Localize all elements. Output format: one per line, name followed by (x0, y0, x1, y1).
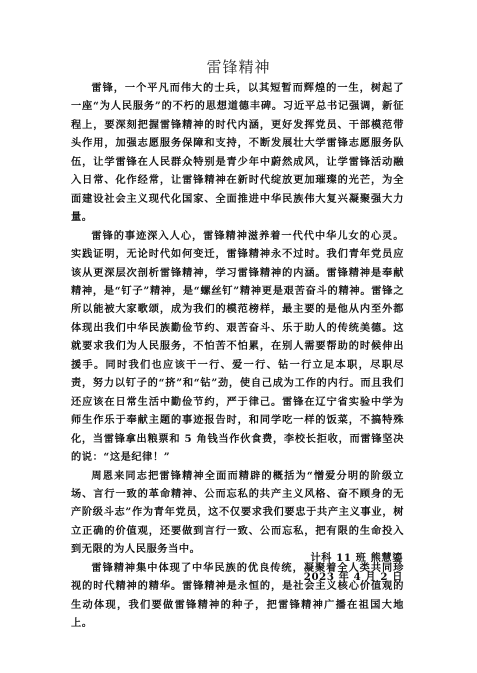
signature-author: 计科 11 班 熊慧鎏 (310, 549, 403, 564)
paragraph-3: 周恩来同志把雷锋精神全面而精辟的概括为“憎爱分明的阶级立场、言行一致的革命精神、… (71, 467, 404, 559)
paragraph-1: 雷锋，一个平凡而伟大的士兵，以其短暂而辉煌的一生，树起了一座“为人民服务”的不朽… (71, 79, 404, 227)
paragraph-2: 雷锋的事迹深入人心，雷锋精神滋养着一代代中华儿女的心灵。实践证明，无论时代如何变… (71, 227, 404, 467)
signature-date: 2023 年 4 月 2 日 (304, 568, 403, 583)
document-title: 雷锋精神 (0, 56, 477, 77)
document-page: 雷锋精神 雷锋，一个平凡而伟大的士兵，以其短暂而辉煌的一生，树起了一座“为人民服… (0, 0, 477, 673)
